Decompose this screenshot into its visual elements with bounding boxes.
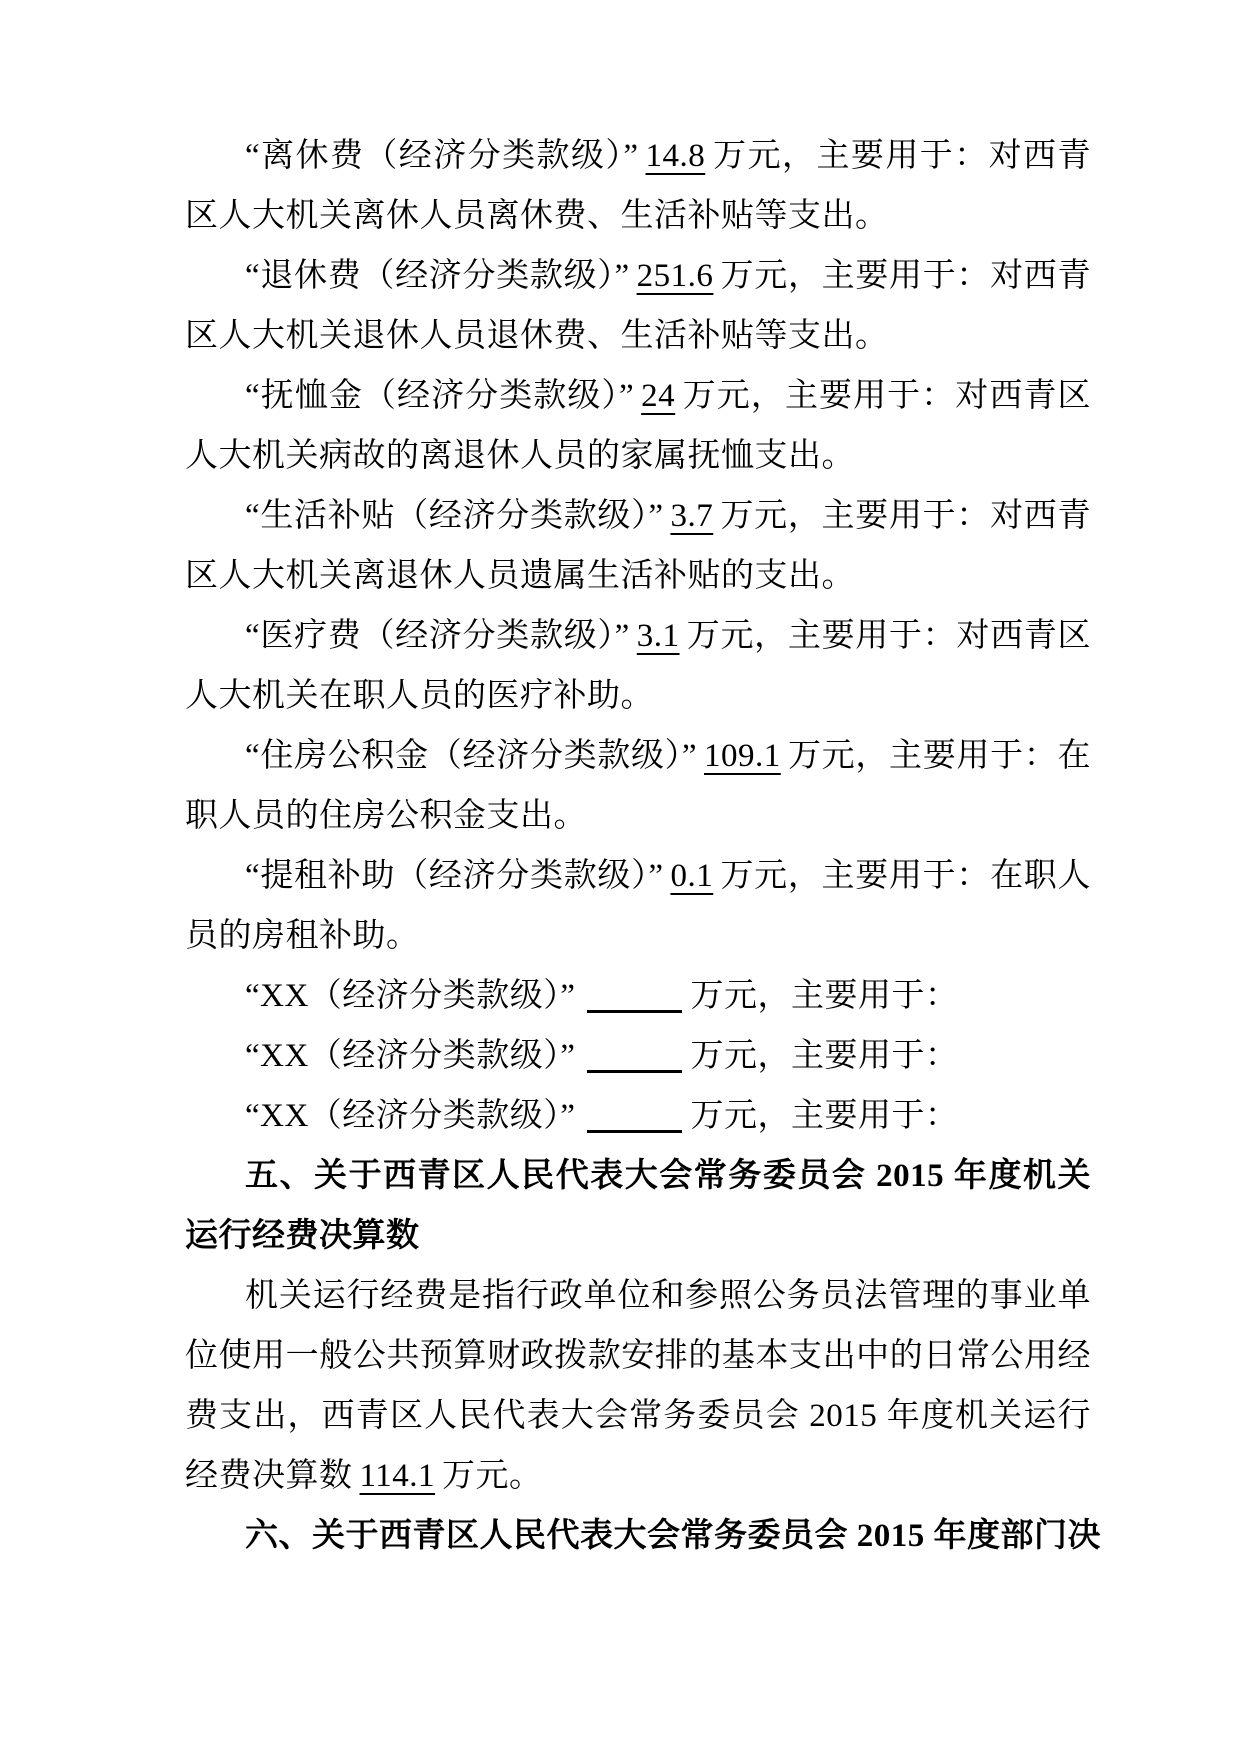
para-living-subsidy: “生活补贴（经济分类款级）”3.7万元，主要用于：对西青区人大机关离退休人员遗属… bbox=[185, 486, 1091, 606]
text-run: 万元。 bbox=[442, 1458, 543, 1494]
para-housing-fund: “住房公积金（经济分类款级）”109.1万元，主要用于：在职人员的住房公积金支出… bbox=[185, 726, 1091, 846]
blank-underline bbox=[587, 1130, 682, 1133]
blank-underline bbox=[587, 1010, 682, 1013]
text-run: 万元，主要用于： bbox=[690, 1098, 958, 1134]
amount-underlined: 14.8 bbox=[646, 138, 706, 174]
text-run: “XX（经济分类款级）” bbox=[245, 1038, 575, 1074]
text-run: “离休费（经济分类款级）” bbox=[245, 138, 639, 174]
amount-underlined: 251.6 bbox=[637, 258, 714, 294]
heading-section-six: 六、关于西青区人民代表大会常务委员会 2015 年度部门决 bbox=[185, 1506, 1091, 1566]
text-run: 机关运行经费是指行政单位和参照公务员法管理的事业单位使用一般公共预算财政拨款安排… bbox=[185, 1278, 1091, 1494]
para-medical-fee: “医疗费（经济分类款级）”3.1万元，主要用于：对西青区人大机关在职人员的医疗补… bbox=[185, 606, 1091, 726]
text-run: “退休费（经济分类款级）” bbox=[245, 258, 630, 294]
text-run: “生活补贴（经济分类款级）” bbox=[245, 498, 663, 534]
text-run: “XX（经济分类款级）” bbox=[245, 978, 575, 1014]
text-run: “医疗费（经济分类款级）” bbox=[245, 618, 630, 654]
text-run: 万元，主要用于： bbox=[690, 1038, 958, 1074]
amount-underlined: 114.1 bbox=[360, 1458, 436, 1494]
text-run: “抚恤金（经济分类款级）” bbox=[245, 378, 634, 414]
document-body: “离休费（经济分类款级）”14.8万元，主要用于：对西青区人大机关离休人员离休费… bbox=[0, 0, 1241, 1566]
text-run: 万元，主要用于： bbox=[690, 978, 958, 1014]
heading-section-five: 五、关于西青区人民代表大会常务委员会 2015 年度机关运行经费决算数 bbox=[185, 1146, 1091, 1266]
blank-underline bbox=[587, 1070, 682, 1073]
text-run: “提租补助（经济分类款级）” bbox=[245, 858, 663, 894]
document-page: “离休费（经济分类款级）”14.8万元，主要用于：对西青区人大机关离休人员离休费… bbox=[0, 0, 1241, 1754]
para-xx-template-3: “XX（经济分类款级）”万元，主要用于： bbox=[185, 1086, 1091, 1146]
para-early-retirement-fee: “离休费（经济分类款级）”14.8万元，主要用于：对西青区人大机关离休人员离休费… bbox=[185, 126, 1091, 246]
para-pension-gratuity: “抚恤金（经济分类款级）”24万元，主要用于：对西青区人大机关病故的离退休人员的… bbox=[185, 366, 1091, 486]
amount-underlined: 3.1 bbox=[637, 618, 680, 654]
para-xx-template-1: “XX（经济分类款级）”万元，主要用于： bbox=[185, 966, 1091, 1026]
text-run: “住房公积金（经济分类款级）” bbox=[245, 738, 697, 774]
amount-underlined: 24 bbox=[641, 378, 675, 414]
amount-underlined: 3.7 bbox=[670, 498, 713, 534]
text-run: 五、关于西青区人民代表大会常务委员会 2015 年度机关运行经费决算数 bbox=[185, 1158, 1091, 1254]
para-rent-subsidy: “提租补助（经济分类款级）”0.1万元，主要用于：在职人员的房租补助。 bbox=[185, 846, 1091, 966]
text-run: 六、关于西青区人民代表大会常务委员会 2015 年度部门决 bbox=[245, 1518, 1101, 1554]
amount-underlined: 109.1 bbox=[704, 738, 781, 774]
para-xx-template-2: “XX（经济分类款级）”万元，主要用于： bbox=[185, 1026, 1091, 1086]
amount-underlined: 0.1 bbox=[670, 858, 713, 894]
text-run: “XX（经济分类款级）” bbox=[245, 1098, 575, 1134]
para-operating-expense: 机关运行经费是指行政单位和参照公务员法管理的事业单位使用一般公共预算财政拨款安排… bbox=[185, 1266, 1091, 1506]
para-retirement-fee: “退休费（经济分类款级）”251.6万元，主要用于：对西青区人大机关退休人员退休… bbox=[185, 246, 1091, 366]
